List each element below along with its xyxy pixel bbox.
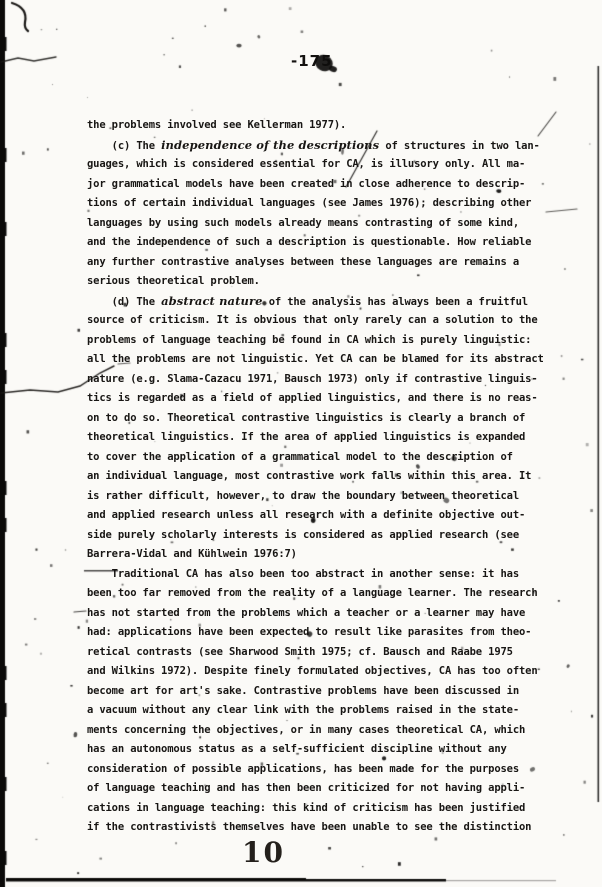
text-line: had: applications have been expected to … [87,623,573,643]
page-footer-number: 10 [242,836,285,869]
text-line: is rather difficult, however, to draw th… [87,487,573,507]
scanned-page: -175 the problems involved see Kellerman… [0,0,602,887]
text-line: and Wilkins 1972). Despite finely formul… [87,662,573,682]
text-line: of language teaching and has then been c… [87,779,573,799]
text-line: source of criticism. It is obvious that … [87,311,573,331]
text-line: all the problems are not linguistic. Yet… [87,350,573,370]
text-line: cations in language teaching: this kind … [87,799,573,819]
text-line: (d) The abstract nature of the analysis … [87,292,573,312]
text-line: a vacuum without any clear link with the… [87,701,573,721]
text-line: on to do so. Theoretical contrastive lin… [87,409,573,429]
text-line: any further contrastive analyses between… [87,253,573,273]
text-line: Traditional CA has also been too abstrac… [87,565,573,585]
text-line: to cover the application of a grammatica… [87,448,573,468]
text-line: retical contrasts (see Sharwood Smith 19… [87,643,573,663]
text-line: jor grammatical models have been created… [87,175,573,195]
text-line: an individual language, most contrastive… [87,467,573,487]
text-line: problems of language teaching be found i… [87,331,573,351]
text-line: consideration of possible applications, … [87,760,573,780]
text-line: languages by using such models already m… [87,214,573,234]
text-line: has not started from the problems which … [87,604,573,624]
text-line: serious theoretical problem. [87,272,573,292]
text-line: become art for art's sake. Contrastive p… [87,682,573,702]
page-header-number: -175 [291,52,333,70]
text-line: nature (e.g. Slama-Cazacu 1971, Bausch 1… [87,370,573,390]
text-line: the problems involved see Kellerman 1977… [87,116,573,136]
text-line: theoretical linguistics. If the area of … [87,428,573,448]
text-line: (c) The independence of the descriptions… [87,136,573,156]
text-line: side purely scholarly interests is consi… [87,526,573,546]
text-line: been too far removed from the reality of… [87,584,573,604]
text-line: Barrera-Vidal and Kühlwein 1976:7) [87,545,573,565]
text-line: guages, which is considered essential fo… [87,155,573,175]
text-line: if the contrastivists themselves have be… [87,818,573,838]
text-line: has an autonomous status as a self-suffi… [87,740,573,760]
text-line: tics is regarded as a field of applied l… [87,389,573,409]
text-line: and applied research unless all research… [87,506,573,526]
text-line: and the independence of such a descripti… [87,233,573,253]
text-line: ments concerning the objectives, or in m… [87,721,573,741]
body-text: the problems involved see Kellerman 1977… [87,116,573,838]
text-line: tions of certain individual languages (s… [87,194,573,214]
